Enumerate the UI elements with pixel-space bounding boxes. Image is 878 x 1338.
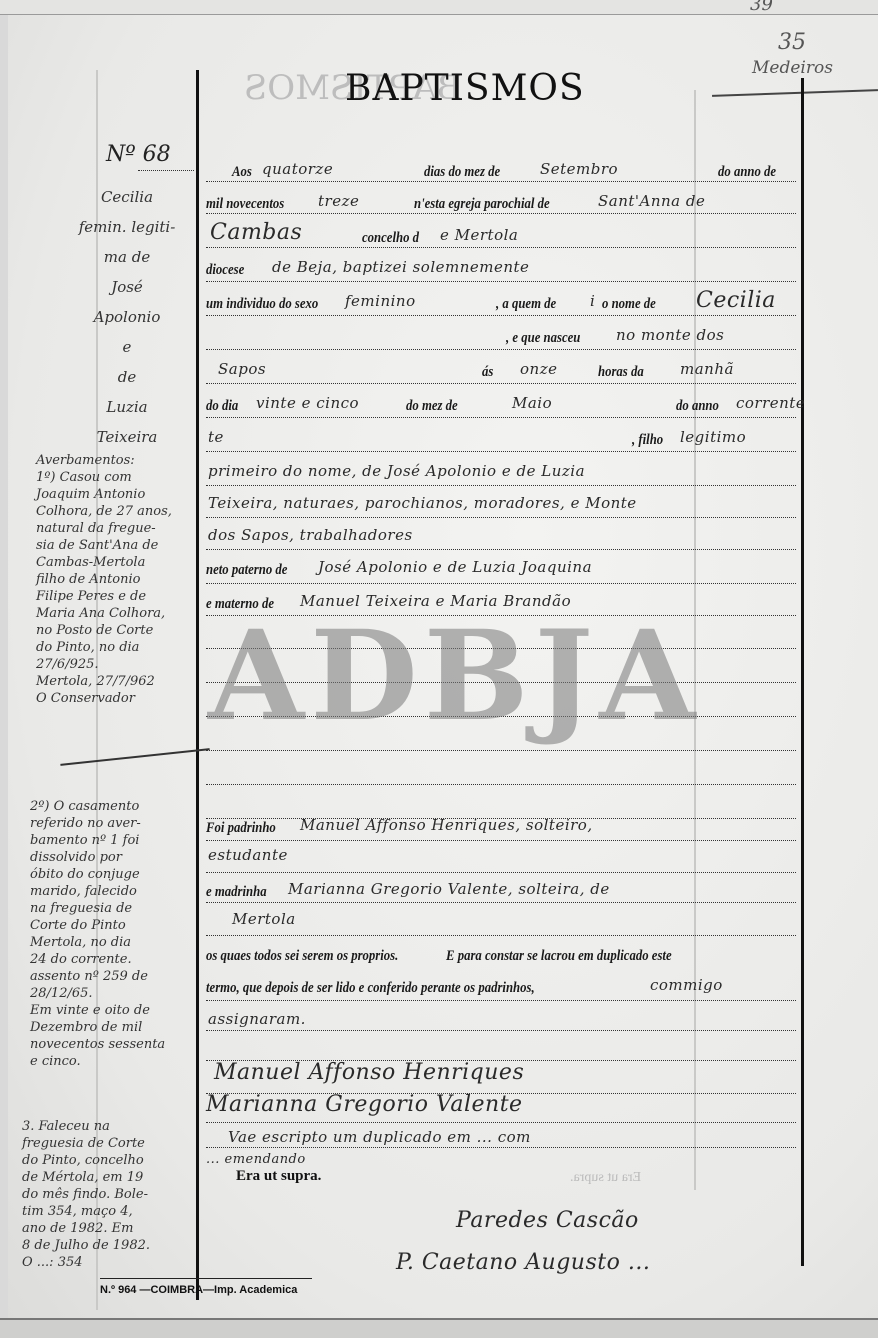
printed-text: um individuo do sexo (206, 296, 318, 313)
margin-note-line: Colhora, de 27 anos, (36, 503, 196, 520)
imprint-rule (100, 1278, 312, 1279)
handwritten-godfather-occupation: estudante (208, 846, 288, 864)
printed-text: e madrinha (206, 884, 267, 901)
margin-note-line: Luzia (62, 392, 192, 422)
handwritten-birthplace: no monte dos (616, 326, 724, 344)
margin-note-line: Filipe Peres e de (36, 588, 196, 605)
bleed-through-era: Era ut supra. (570, 1170, 641, 1186)
handwritten-birthplace-cont: Sapos (218, 360, 266, 378)
page-bottom-edge (0, 1318, 878, 1338)
handwritten-closing: commigo (650, 976, 723, 994)
margin-note-line: Joaquim Antonio (36, 486, 196, 503)
margin-note-line: e cinco. (30, 1053, 194, 1070)
margin-note-line: do Pinto, no dia (36, 639, 196, 656)
ruled-line (206, 451, 796, 452)
folio-number: 35 (778, 30, 806, 55)
margin-note-line: Maria Ana Colhora, (36, 605, 196, 622)
handwritten-paternal-grandparents: José Apolonio e de Luzia Joaquina (318, 558, 592, 576)
margin-note-line: Teixeira (62, 422, 192, 452)
margin-note-line: de Mértola, em 19 (22, 1169, 194, 1186)
handwritten-birth-year: corrente (736, 394, 805, 412)
margin-note-line: bamento nº 1 foi (30, 832, 194, 849)
ruled-line (206, 417, 796, 418)
printed-text: , a quem de (496, 296, 556, 313)
folio-signature: Medeiros (752, 58, 833, 78)
margin-note-line: Em vinte e oito de (30, 1002, 194, 1019)
entry-number-rule (138, 170, 194, 171)
margin-note-line: 8 de Julho de 1982. (22, 1237, 194, 1254)
handwritten-pronoun: i (590, 292, 595, 310)
ruled-line (206, 1030, 796, 1031)
printed-text: do anno de (718, 164, 776, 181)
ruled-line (206, 349, 796, 350)
margin-note-2: 2º) O casamentoreferido no aver-bamento … (30, 798, 194, 1070)
margin-note-line: do Pinto, concelho (22, 1152, 194, 1169)
margin-note-line: sia de Sant'Ana de (36, 537, 196, 554)
handwritten-parents-cont: Teixeira, naturaes, parochianos, morador… (208, 494, 637, 512)
signature-priest-1: Paredes Cascão (456, 1208, 639, 1233)
signature-godfather: Manuel Affonso Henriques (214, 1060, 524, 1085)
printed-text: do anno (676, 398, 719, 415)
printed-text: do dia (206, 398, 238, 415)
printed-text: os quaes todos sei serem os proprios. (206, 948, 398, 965)
margin-note-line: ano de 1982. Em (22, 1220, 194, 1237)
ruled-line (206, 247, 796, 248)
ruled-line (206, 935, 796, 936)
handwritten-day: quatorze (262, 160, 333, 178)
margin-note-line: Mertola, 27/7/962 (36, 673, 196, 690)
printed-text: n'esta egreja parochial de (414, 196, 550, 213)
margin-note-line: na freguesia de (30, 900, 194, 917)
margin-note-line: Cecilia (62, 182, 192, 212)
printed-text: Aos (232, 164, 252, 181)
margin-note-line: Dezembro de mil (30, 1019, 194, 1036)
margin-note-line: Corte do Pinto (30, 917, 194, 934)
handwritten-godmother-origin: Mertola (232, 910, 296, 928)
margin-note-line: novecentos sessenta (30, 1036, 194, 1053)
margin-note-line: 3. Faleceu na (22, 1118, 194, 1135)
ruled-line (206, 1000, 796, 1001)
printed-text: do mez de (406, 398, 458, 415)
margin-note-line: 1º) Casou com (36, 469, 196, 486)
margin-note-line: referido no aver- (30, 815, 194, 832)
handwritten-year-cont: te (208, 428, 224, 446)
handwritten-parish: Sant'Anna de (598, 192, 705, 210)
ruled-line (206, 485, 796, 486)
printed-text: mil novecentos (206, 196, 284, 213)
handwritten-godmother: Marianna Gregorio Valente, solteira, de (288, 880, 610, 898)
margin-note-3: 3. Faleceu nafreguesia de Cortedo Pinto,… (22, 1118, 194, 1271)
margin-note-line: 24 do corrente. (30, 951, 194, 968)
margin-note-line: no Posto de Corte (36, 622, 196, 639)
printed-text: horas da (598, 364, 644, 381)
handwritten-council: e Mertola (440, 226, 518, 244)
archive-watermark: ADBJA (208, 604, 701, 749)
margin-note-line: do mês findo. Bole- (22, 1186, 194, 1203)
page-number-top: 39 (750, 0, 773, 15)
handwritten-birth-day: vinte e cinco (256, 394, 359, 412)
margin-note-line: 27/6/925. (36, 656, 196, 673)
margin-note-line: óbito do conjuge (30, 866, 194, 883)
right-border (801, 78, 804, 1266)
margin-note-line: 28/12/65. (30, 985, 194, 1002)
margin-note-line: ma de (62, 242, 192, 272)
printed-text: o nome de (602, 296, 656, 313)
handwritten-hour: onze (520, 360, 557, 378)
ruled-line (206, 1147, 796, 1148)
margin-note-line: Averbamentos: (36, 452, 196, 469)
ruled-line (206, 181, 796, 182)
ruled-line (206, 213, 796, 214)
handwritten-diocese: de Beja, baptizei solemnemente (272, 258, 529, 276)
handwritten-legitimacy: legitimo (680, 428, 746, 446)
margin-note-line: femin. legiti- (62, 212, 192, 242)
signature-godmother: Marianna Gregorio Valente (206, 1092, 523, 1117)
margin-note-line: O Conservador (36, 690, 196, 707)
printed-text: Foi padrinho (206, 820, 276, 837)
margin-note-line: freguesia de Corte (22, 1135, 194, 1152)
handwritten-sex: feminino (345, 292, 416, 310)
margin-note-line: marido, falecido (30, 883, 194, 900)
printed-text: termo, que depois de ser lido e conferid… (206, 980, 535, 997)
ruled-line (206, 1122, 796, 1123)
duplicate-note: Vae escripto um duplicado em ... com (228, 1128, 531, 1146)
margin-note-line: O ...: 354 (22, 1254, 194, 1271)
printed-text: dias do mez de (424, 164, 500, 181)
ruled-line (206, 315, 796, 316)
handwritten-residence: dos Sapos, trabalhadores (208, 526, 413, 544)
margin-note-line: de (62, 362, 192, 392)
margin-note-line: Apolonio (62, 302, 192, 332)
ruled-line (206, 583, 796, 584)
handwritten-parents: primeiro do nome, de José Apolonio e de … (208, 462, 585, 480)
ruled-line (206, 549, 796, 550)
ruled-line (206, 872, 796, 873)
ruled-line (206, 281, 796, 282)
handwritten-name: Cecilia (696, 288, 776, 313)
margin-name-block: Ceciliafemin. legiti-ma deJoséApolonioed… (62, 182, 192, 452)
handwritten-godfather: Manuel Affonso Henriques, solteiro, (300, 816, 593, 834)
ruled-line (206, 750, 796, 751)
ruled-line (206, 784, 796, 785)
entry-number: Nº 68 (106, 142, 171, 167)
margin-note-line: dissolvido por (30, 849, 194, 866)
signature-priest-2: P. Caetano Augusto ... (396, 1250, 650, 1275)
handwritten-period: manhã (680, 360, 734, 378)
printed-text: neto paterno de (206, 562, 287, 579)
handwritten-year: treze (318, 192, 359, 210)
printed-text: diocese (206, 262, 244, 279)
ruled-line (206, 383, 796, 384)
printed-text: ás (482, 364, 493, 381)
margin-note-line: tim 354, maço 4, (22, 1203, 194, 1220)
margin-note-line: Cambas-Mertola (36, 554, 196, 571)
margin-note-line: natural da fregue- (36, 520, 196, 537)
handwritten-month: Setembro (540, 160, 618, 178)
printed-text: , e que nasceu (506, 330, 580, 347)
previous-page-edge (0, 0, 878, 15)
era-ut-supra: Era ut supra. (236, 1168, 321, 1185)
handwritten-birth-month: Maio (512, 394, 552, 412)
ruled-line (206, 840, 796, 841)
printed-text: concelho d (362, 230, 419, 247)
margin-divider (196, 70, 199, 1300)
margin-note-line: Mertola, no dia (30, 934, 194, 951)
margin-note-line: 2º) O casamento (30, 798, 194, 815)
page-title: BAPTISMOS (345, 68, 585, 109)
ruled-line (206, 902, 796, 903)
ruled-line (206, 517, 796, 518)
margin-note-line: filho de Antonio (36, 571, 196, 588)
margin-note-line: e (62, 332, 192, 362)
handwritten-signed: assignaram. (208, 1010, 306, 1028)
duplicate-note-cont: ... emendando (206, 1152, 306, 1167)
margin-note-line: assento nº 259 de (30, 968, 194, 985)
printer-imprint: N.º 964 —COIMBRA—Imp. Academica (100, 1284, 297, 1296)
margin-note-1: Averbamentos:1º) Casou comJoaquim Antoni… (36, 452, 196, 707)
printed-text: E para constar se lacrou em duplicado es… (446, 948, 672, 965)
margin-note-line: José (62, 272, 192, 302)
handwritten-parish-cont: Cambas (210, 220, 302, 245)
printed-text: , filho (632, 432, 663, 449)
